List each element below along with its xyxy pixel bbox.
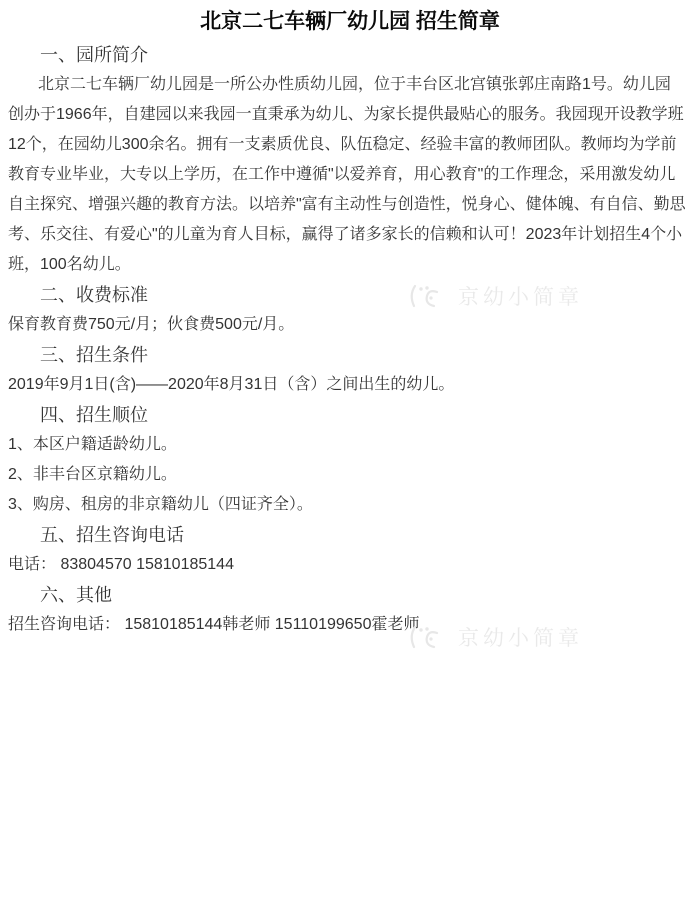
section-heading-priority: 四、招生顺位 [8,400,692,430]
priority-item-2: 2、非丰台区京籍幼儿。 [8,460,692,490]
fees-line: 保育教育费750元/月；伙食费500元/月。 [8,310,692,340]
priority-item-1: 1、本区户籍适龄幼儿。 [8,430,692,460]
overview-line-6: 考、乐交往、有爱心"的儿童为育人目标，赢得了诸多家长的信赖和认可！2023年计划… [8,220,692,250]
other-line: 招生咨询电话： 15810185144韩老师 15110199650霍老师 [8,610,692,640]
overview-line-1: 北京二七车辆厂幼儿园是一所公办性质幼儿园，位于丰台区北宫镇张郭庄南路1号。幼儿园 [8,70,692,100]
overview-line-5: 自主探究、增强兴趣的教育方法。以培养"富有主动性与创造性，悦身心、健体魄、有自信… [8,190,692,220]
document-page: 北京二七车辆厂幼儿园 招生简章 一、园所简介 北京二七车辆厂幼儿园是一所公办性质… [0,0,700,640]
overview-line-7: 班，100名幼儿。 [8,250,692,280]
eligibility-line: 2019年9月1日(含)——2020年8月31日（含）之间出生的幼儿。 [8,370,692,400]
overview-line-4: 教育专业毕业，大专以上学历，在工作中遵循"以爱养育，用心教育"的工作理念，采用激… [8,160,692,190]
section-heading-phone: 五、招生咨询电话 [8,520,692,550]
overview-line-2: 创办于1966年，自建园以来我园一直秉承为幼儿、为家长提供最贴心的服务。我园现开… [8,100,692,130]
phone-line: 电话： 83804570 15810185144 [8,550,692,580]
section-heading-fees: 二、收费标准 [8,280,692,310]
section-heading-overview: 一、园所简介 [8,40,692,70]
section-heading-other: 六、其他 [8,580,692,610]
section-heading-eligibility: 三、招生条件 [8,340,692,370]
priority-item-3: 3、购房、租房的非京籍幼儿（四证齐全）。 [8,490,692,520]
page-title: 北京二七车辆厂幼儿园 招生简章 [8,6,692,38]
overview-line-3: 12个，在园幼儿300余名。拥有一支素质优良、队伍稳定、经验丰富的教师团队。教师… [8,130,692,160]
